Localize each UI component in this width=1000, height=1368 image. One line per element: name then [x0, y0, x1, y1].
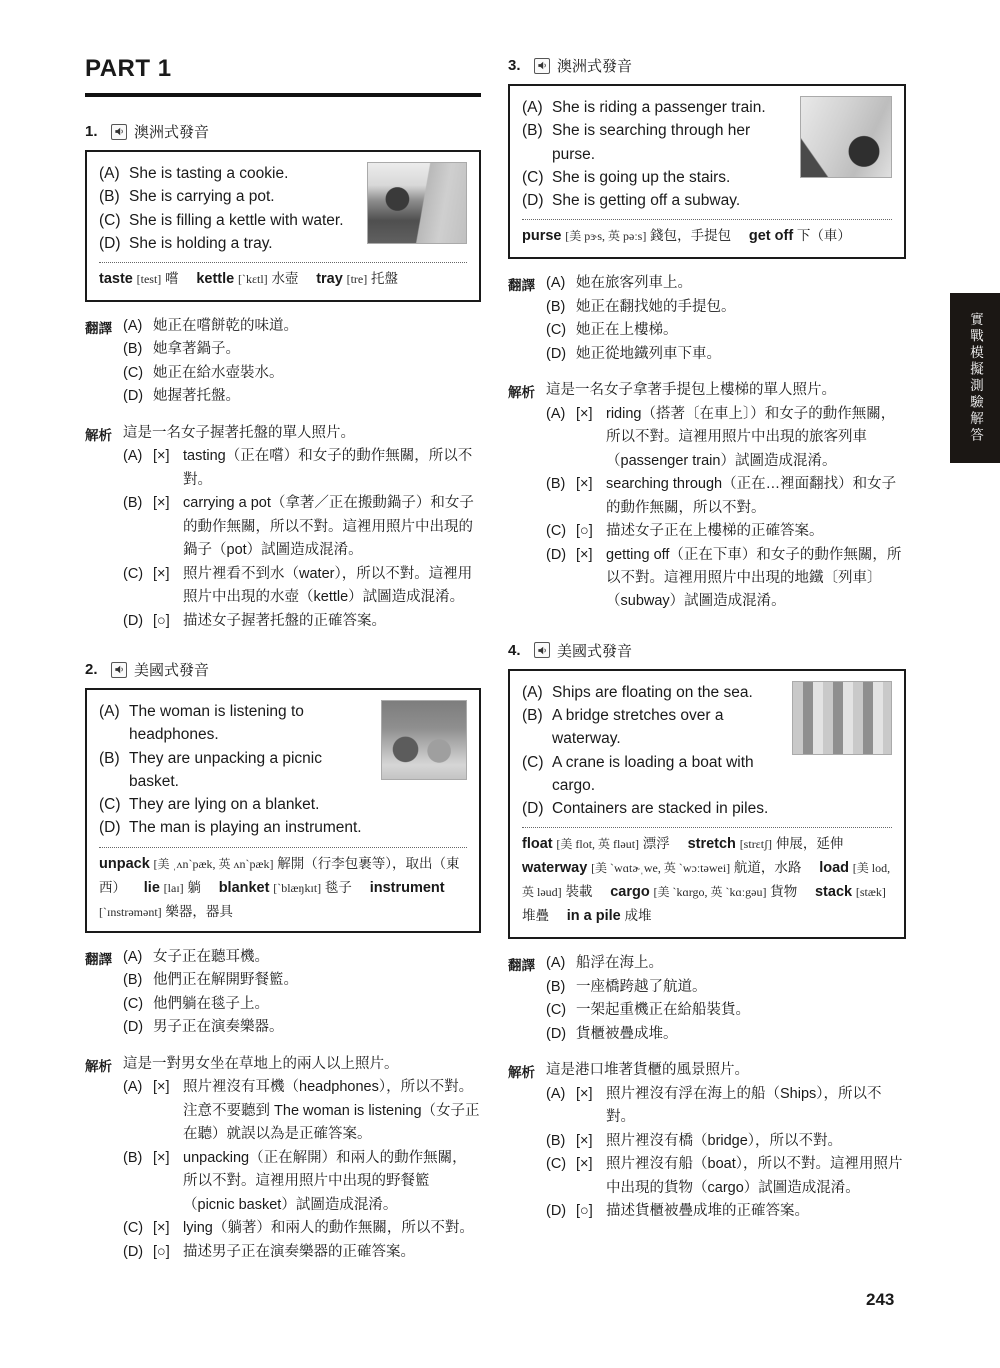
vocab-phonetic: [美 ˋwɑtɚˌwe, 英 ˋwɔːtəwei] — [591, 861, 730, 875]
analysis-text: unpacking（正在解開）和兩人的動作無關，所以不對。這裡用照片中出現的野餐… — [183, 1147, 481, 1217]
vocab-word: purse — [522, 228, 562, 244]
vocab-line: unpack [美 ˌʌnˋpæk, 英 ʌnˋpæk] 解開（行李包裹等），取… — [99, 853, 467, 923]
analysis-item: (B)[×]carrying a pot（拿著／正在搬動鍋子）和女子的動作無關，… — [123, 492, 481, 562]
line-letter: (C) — [546, 1153, 576, 1200]
vocab-def: 躺 — [187, 880, 201, 895]
option-c: (C)A crane is loading a boat with cargo. — [522, 751, 782, 798]
analysis-item: (A)[×]riding（搭著〔在車上〕）和女子的動作無關，所以不對。這裡用照片… — [546, 403, 906, 473]
option-letter: (C) — [99, 793, 129, 816]
analysis-text: 照片裡沒有浮在海上的船（Ships），所以不對。 — [606, 1083, 906, 1130]
vocab-entry: taste [test] 嚐 — [99, 271, 179, 286]
option-letter: (C) — [522, 751, 552, 798]
line-letter: (C) — [546, 999, 576, 1022]
answer-mark: [○] — [153, 610, 183, 633]
translation-line: (B)一座橋跨越了航道。 — [546, 976, 906, 999]
line-text: 她在旅客列車上。 — [576, 272, 692, 295]
question-1: 1. 澳洲式發音 (A)She is tasting a cookie. (B)… — [85, 121, 481, 633]
analysis-label: 解析 — [85, 1053, 123, 1264]
translation-line: (C)一架起重機正在給船裝貨。 — [546, 999, 906, 1022]
line-letter: (D) — [123, 1016, 153, 1039]
analysis-text: 描述男子正在演奏樂器的正確答案。 — [183, 1241, 481, 1264]
vocab-entry: waterway [美 ˋwɑtɚˌwe, 英 ˋwɔːtəwei] 航道，水路 — [522, 860, 801, 875]
vocab-phonetic: [美 ˋkɑrgo, 英 ˋkɑːgəu] — [653, 885, 766, 899]
sidebar-tab: 實戰模擬測驗解答 — [950, 293, 1000, 463]
analysis-block: 解析 這是港口堆著貨櫃的風景照片。 (A)[×]照片裡沒有浮在海上的船（Ship… — [508, 1059, 906, 1223]
vocab-word: in a pile — [567, 908, 621, 924]
vocab-word: unpack — [99, 856, 150, 872]
analysis-intro: 這是一名女子拿著手提包上樓梯的單人照片。 — [546, 379, 906, 402]
vocab-word: waterway — [522, 860, 587, 876]
accent-label: 美國式發音 — [134, 659, 209, 680]
line-letter: (A) — [546, 952, 576, 975]
answer-mark: [×] — [153, 445, 183, 492]
translation-block: 翻譯 (A)她正在嚐餅乾的味道。 (B)她拿著鍋子。 (C)她正在給水壺裝水。 … — [85, 315, 481, 409]
analysis-block: 解析 這是一名女子拿著手提包上樓梯的單人照片。 (A)[×]riding（搭著〔… — [508, 379, 906, 614]
options-list: (A)The woman is listening to headphones.… — [99, 700, 371, 840]
translation-label: 翻譯 — [85, 946, 123, 1040]
vocab-entry: tray [tre] 托盤 — [316, 271, 398, 286]
page-number: 243 — [866, 1290, 894, 1310]
line-letter: (B) — [546, 976, 576, 999]
vocab-def: 樂器，器具 — [165, 904, 233, 919]
analysis-item: (B)[×]照片裡沒有橋（bridge），所以不對。 — [546, 1130, 906, 1153]
vocab-def: 航道，水路 — [734, 860, 802, 875]
vocab-line: taste [test] 嚐 kettle [ˋkɛtl] 水壺 tray [t… — [99, 268, 467, 292]
analysis-text: 照片裡沒有耳機（headphones），所以不對。注意不要聽到 The woma… — [183, 1076, 481, 1146]
vocab-phonetic: [ˋɪnstrəmənt] — [99, 905, 162, 919]
analysis-block: 解析 這是一對男女坐在草地上的兩人以上照片。 (A)[×]照片裡沒有耳機（hea… — [85, 1053, 481, 1264]
option-letter: (A) — [522, 96, 552, 119]
option-text: A bridge stretches over a waterway. — [552, 704, 782, 751]
answer-mark: [×] — [576, 403, 606, 473]
options-list: (A)She is tasting a cookie. (B)She is ca… — [99, 162, 357, 255]
option-text: She is riding a passenger train. — [552, 96, 790, 119]
vocab-def: 成堆 — [625, 908, 652, 923]
divider — [99, 847, 467, 848]
line-letter: (A) — [546, 403, 576, 473]
vocab-word: stretch — [688, 836, 736, 852]
analysis-text: riding（搭著〔在車上〕）和女子的動作無關，所以不對。這裡用照片中出現的旅客… — [606, 403, 906, 473]
translation-label: 翻譯 — [85, 315, 123, 409]
line-text: 女子正在聽耳機。 — [153, 946, 269, 969]
line-text: 船浮在海上。 — [576, 952, 663, 975]
option-text: Ships are floating on the sea. — [552, 681, 782, 704]
translation-block: 翻譯 (A)船浮在海上。 (B)一座橋跨越了航道。 (C)一架起重機正在給船裝貨… — [508, 952, 906, 1046]
analysis-text: 照片裡沒有船（boat），所以不對。這裡用照片中出現的貨物（cargo）試圖造成… — [606, 1153, 906, 1200]
vocab-word: cargo — [610, 884, 650, 900]
analysis-label: 解析 — [508, 1059, 546, 1223]
translation-block: 翻譯 (A)她在旅客列車上。 (B)她正在翻找她的手提包。 (C)她正在上樓梯。… — [508, 272, 906, 366]
analysis-text: tasting（正在嚐）和女子的動作無關，所以不對。 — [183, 445, 481, 492]
analysis-item: (C)[×]lying（躺著）和兩人的動作無關，所以不對。 — [123, 1217, 481, 1240]
analysis-item: (D)[○]描述貨櫃被疊成堆的正確答案。 — [546, 1200, 906, 1223]
line-letter: (C) — [546, 319, 576, 342]
option-letter: (A) — [99, 162, 129, 185]
line-letter: (B) — [123, 1147, 153, 1217]
line-letter: (B) — [546, 296, 576, 319]
analysis-item: (C)[×]照片裡沒有船（boat），所以不對。這裡用照片中出現的貨物（carg… — [546, 1153, 906, 1200]
analysis-item: (D)[○]描述男子正在演奏樂器的正確答案。 — [123, 1241, 481, 1264]
vocab-word: get off — [749, 228, 793, 244]
vocab-line: float [美 flot, 英 fləut] 漂浮 stretch [strɛ… — [522, 833, 892, 929]
option-text: She is searching through her purse. — [552, 119, 790, 166]
line-text: 他們正在解開野餐籃。 — [153, 969, 298, 992]
option-a: (A)She is riding a passenger train. — [522, 96, 790, 119]
line-letter: (A) — [123, 946, 153, 969]
answer-mark: [×] — [576, 473, 606, 520]
question-number: 4. — [508, 642, 534, 659]
option-text: She is holding a tray. — [129, 232, 357, 255]
question-3: 3. 澳洲式發音 (A)She is riding a passenger tr… — [508, 55, 906, 614]
analysis-text: lying（躺著）和兩人的動作無關，所以不對。 — [183, 1217, 481, 1240]
translation-line: (D)她正從地鐵列車下車。 — [546, 343, 906, 366]
option-text: She is filling a kettle with water. — [129, 209, 357, 232]
answer-mark: [×] — [576, 1083, 606, 1130]
line-letter: (A) — [123, 445, 153, 492]
option-letter: (D) — [99, 816, 129, 839]
analysis-item: (A)[×]照片裡沒有浮在海上的船（Ships），所以不對。 — [546, 1083, 906, 1130]
divider — [522, 827, 892, 828]
translation-line: (B)他們正在解開野餐籃。 — [123, 969, 481, 992]
analysis-text: 描述女子正在上樓梯的正確答案。 — [606, 520, 906, 543]
speaker-icon — [111, 662, 127, 678]
analysis-label: 解析 — [508, 379, 546, 614]
vocab-phonetic: [美 pɝs, 英 pəːs] — [565, 229, 646, 243]
answer-mark: [×] — [153, 1217, 183, 1240]
translation-line: (C)他們躺在毯子上。 — [123, 993, 481, 1016]
line-letter: (B) — [546, 473, 576, 520]
question-header: 4. 美國式發音 — [508, 640, 906, 661]
vocab-def: 裝載 — [565, 884, 592, 899]
question-number: 2. — [85, 661, 111, 678]
question-number: 3. — [508, 57, 534, 74]
vocab-phonetic: [test] — [137, 272, 162, 286]
answer-mark: [×] — [576, 1153, 606, 1200]
option-letter: (B) — [99, 747, 129, 794]
line-letter: (C) — [546, 520, 576, 543]
line-letter: (D) — [546, 1200, 576, 1223]
answer-mark: [○] — [576, 1200, 606, 1223]
option-letter: (D) — [99, 232, 129, 255]
analysis-item: (D)[○]描述女子握著托盤的正確答案。 — [123, 610, 481, 633]
option-c: (C)They are lying on a blanket. — [99, 793, 371, 816]
option-b: (B)She is searching through her purse. — [522, 119, 790, 166]
analysis-item: (D)[×]getting off（正在下車）和女子的動作無關，所以不對。這裡用… — [546, 544, 906, 614]
answer-mark: [×] — [576, 1130, 606, 1153]
analysis-text: getting off（正在下車）和女子的動作無關，所以不對。這裡用照片中出現的… — [606, 544, 906, 614]
option-a: (A)She is tasting a cookie. — [99, 162, 357, 185]
vocab-phonetic: [strɛtʃ] — [740, 837, 772, 851]
option-text: She is carrying a pot. — [129, 185, 357, 208]
vocab-entry: float [美 flot, 英 fləut] 漂浮 — [522, 836, 670, 851]
line-text: 貨櫃被疊成堆。 — [576, 1023, 678, 1046]
analysis-intro: 這是一名女子握著托盤的單人照片。 — [123, 422, 481, 445]
vocab-entry: stretch [strɛtʃ] 伸展，延伸 — [688, 836, 844, 851]
vocab-def: 貨物 — [770, 884, 797, 899]
option-text: A crane is loading a boat with cargo. — [552, 751, 782, 798]
vocab-word: kettle — [196, 271, 234, 287]
translation-line: (A)女子正在聽耳機。 — [123, 946, 481, 969]
line-letter: (C) — [123, 362, 153, 385]
line-text: 她正在嚐餅乾的味道。 — [153, 315, 298, 338]
line-text: 她正在上樓梯。 — [576, 319, 678, 342]
translation-label: 翻譯 — [508, 952, 546, 1046]
translation-line: (B)她正在翻找她的手提包。 — [546, 296, 906, 319]
vocab-phonetic: [laɪ] — [164, 881, 184, 895]
line-letter: (B) — [123, 492, 153, 562]
analysis-item: (B)[×]searching through（正在…裡面翻找）和女子的動作無關… — [546, 473, 906, 520]
analysis-intro: 這是一對男女坐在草地上的兩人以上照片。 — [123, 1053, 481, 1076]
answer-mark: [×] — [153, 492, 183, 562]
line-text: 一座橋跨越了航道。 — [576, 976, 707, 999]
analysis-intro: 這是港口堆著貨櫃的風景照片。 — [546, 1059, 906, 1082]
line-letter: (C) — [123, 993, 153, 1016]
vocab-def: 毯子 — [325, 880, 352, 895]
vocab-word: taste — [99, 271, 133, 287]
vocab-phonetic: [tre] — [347, 272, 368, 286]
option-c: (C)She is filling a kettle with water. — [99, 209, 357, 232]
line-letter: (C) — [123, 1217, 153, 1240]
question-box: (A)Ships are floating on the sea. (B)A b… — [508, 669, 906, 939]
analysis-item: (A)[×]tasting（正在嚐）和女子的動作無關，所以不對。 — [123, 445, 481, 492]
line-letter: (D) — [546, 1023, 576, 1046]
vocab-entry: purse [美 pɝs, 英 pəːs] 錢包，手提包 — [522, 228, 731, 243]
option-b: (B)A bridge stretches over a waterway. — [522, 704, 782, 751]
vocab-line: purse [美 pɝs, 英 pəːs] 錢包，手提包 get off 下（車… — [522, 225, 892, 249]
option-letter: (B) — [522, 119, 552, 166]
option-letter: (D) — [522, 189, 552, 212]
option-b: (B)They are unpacking a picnic basket. — [99, 747, 371, 794]
speaker-icon — [534, 58, 550, 74]
line-letter: (D) — [546, 544, 576, 614]
line-letter: (D) — [123, 610, 153, 633]
option-d: (D)She is getting off a subway. — [522, 189, 790, 212]
option-text: The woman is listening to headphones. — [129, 700, 371, 747]
vocab-phonetic: [ˋkɛtl] — [238, 272, 268, 286]
line-text: 她正在給水壺裝水。 — [153, 362, 284, 385]
analysis-block: 解析 這是一名女子握著托盤的單人照片。 (A)[×]tasting（正在嚐）和女… — [85, 422, 481, 633]
options-list: (A)She is riding a passenger train. (B)S… — [522, 96, 790, 212]
option-b: (B)She is carrying a pot. — [99, 185, 357, 208]
answer-mark: [×] — [576, 544, 606, 614]
page-title: PART 1 — [85, 55, 481, 83]
question-photo — [792, 681, 892, 755]
analysis-item: (C)[×]照片裡看不到水（water），所以不對。這裡用照片中出現的水壺（ke… — [123, 563, 481, 610]
line-letter: (B) — [123, 338, 153, 361]
vocab-entry: get off 下（車） — [749, 228, 851, 243]
translation-line: (C)她正在給水壺裝水。 — [123, 362, 481, 385]
question-box: (A)She is riding a passenger train. (B)S… — [508, 84, 906, 259]
option-d: (D)The man is playing an instrument. — [99, 816, 371, 839]
analysis-label: 解析 — [85, 422, 123, 633]
option-a: (A)The woman is listening to headphones. — [99, 700, 371, 747]
left-column: PART 1 1. 澳洲式發音 (A)She is tasting a cook… — [85, 55, 481, 1290]
vocab-entry: kettle [ˋkɛtl] 水壺 — [196, 271, 298, 286]
question-2: 2. 美國式發音 (A)The woman is listening to he… — [85, 659, 481, 1264]
question-photo — [367, 162, 467, 244]
vocab-word: load — [819, 860, 849, 876]
line-text: 她正在翻找她的手提包。 — [576, 296, 736, 319]
option-c: (C)She is going up the stairs. — [522, 166, 790, 189]
option-text: They are unpacking a picnic basket. — [129, 747, 371, 794]
vocab-def: 漂浮 — [643, 836, 670, 851]
line-letter: (B) — [123, 969, 153, 992]
line-text: 她拿著鍋子。 — [153, 338, 240, 361]
vocab-word: float — [522, 836, 553, 852]
option-letter: (B) — [522, 704, 552, 751]
option-text: They are lying on a blanket. — [129, 793, 371, 816]
vocab-word: lie — [144, 880, 160, 896]
translation-line: (D)她握著托盤。 — [123, 385, 481, 408]
line-letter: (A) — [123, 1076, 153, 1146]
option-text: She is tasting a cookie. — [129, 162, 357, 185]
analysis-item: (A)[×]照片裡沒有耳機（headphones），所以不對。注意不要聽到 Th… — [123, 1076, 481, 1146]
answer-mark: [○] — [576, 520, 606, 543]
answer-mark: [○] — [153, 1241, 183, 1264]
translation-line: (D)男子正在演奏樂器。 — [123, 1016, 481, 1039]
option-text: Containers are stacked in piles. — [552, 797, 782, 820]
question-header: 1. 澳洲式發音 — [85, 121, 481, 142]
option-d: (D)She is holding a tray. — [99, 232, 357, 255]
line-letter: (A) — [546, 272, 576, 295]
line-letter: (A) — [546, 1083, 576, 1130]
option-text: She is going up the stairs. — [552, 166, 790, 189]
analysis-text: searching through（正在…裡面翻找）和女子的動作無關，所以不對。 — [606, 473, 906, 520]
option-letter: (A) — [522, 681, 552, 704]
line-letter: (B) — [546, 1130, 576, 1153]
question-number: 1. — [85, 123, 111, 140]
analysis-text: 描述貨櫃被疊成堆的正確答案。 — [606, 1200, 906, 1223]
question-photo — [381, 700, 467, 780]
line-letter: (D) — [123, 385, 153, 408]
line-letter: (A) — [123, 315, 153, 338]
line-letter: (D) — [123, 1241, 153, 1264]
question-header: 2. 美國式發音 — [85, 659, 481, 680]
line-letter: (C) — [123, 563, 153, 610]
line-text: 她握著托盤。 — [153, 385, 240, 408]
title-rule — [85, 93, 481, 97]
question-box: (A)The woman is listening to headphones.… — [85, 688, 481, 933]
analysis-item: (B)[×]unpacking（正在解開）和兩人的動作無關，所以不對。這裡用照片… — [123, 1147, 481, 1217]
option-a: (A)Ships are floating on the sea. — [522, 681, 782, 704]
analysis-text: carrying a pot（拿著／正在搬動鍋子）和女子的動作無關，所以不對。這… — [183, 492, 481, 562]
line-text: 一架起重機正在給船裝貨。 — [576, 999, 750, 1022]
option-text: She is getting off a subway. — [552, 189, 790, 212]
translation-line: (A)她正在嚐餅乾的味道。 — [123, 315, 481, 338]
speaker-icon — [534, 642, 550, 658]
divider — [99, 262, 467, 263]
translation-label: 翻譯 — [508, 272, 546, 366]
vocab-entry: cargo [美 ˋkɑrgo, 英 ˋkɑːgəu] 貨物 — [610, 884, 797, 899]
analysis-text: 照片裡看不到水（water），所以不對。這裡用照片中出現的水壺（kettle）試… — [183, 563, 481, 610]
question-4: 4. 美國式發音 (A)Ships are floating on the se… — [508, 640, 906, 1224]
option-letter: (B) — [99, 185, 129, 208]
vocab-word: stack — [815, 884, 852, 900]
translation-line: (D)貨櫃被疊成堆。 — [546, 1023, 906, 1046]
vocab-def: 錢包，手提包 — [650, 228, 731, 243]
vocab-phonetic: [美 flot, 英 fləut] — [556, 837, 639, 851]
option-letter: (C) — [522, 166, 552, 189]
analysis-item: (C)[○]描述女子正在上樓梯的正確答案。 — [546, 520, 906, 543]
vocab-word: tray — [316, 271, 343, 287]
vocab-def: 伸展，延伸 — [776, 836, 844, 851]
option-d: (D)Containers are stacked in piles. — [522, 797, 782, 820]
vocab-def: 堆疊 — [522, 908, 549, 923]
line-text: 他們躺在毯子上。 — [153, 993, 269, 1016]
vocab-entry: lie [laɪ] 躺 — [144, 880, 201, 895]
question-box: (A)She is tasting a cookie. (B)She is ca… — [85, 150, 481, 302]
translation-line: (C)她正在上樓梯。 — [546, 319, 906, 342]
answer-mark: [×] — [153, 1076, 183, 1146]
question-photo — [800, 96, 892, 178]
accent-label: 澳洲式發音 — [557, 55, 632, 76]
vocab-phonetic: [美 ˌʌnˋpæk, 英 ʌnˋpæk] — [154, 857, 274, 871]
speaker-icon — [111, 124, 127, 140]
option-letter: (A) — [99, 700, 129, 747]
translation-line: (A)她在旅客列車上。 — [546, 272, 906, 295]
question-header: 3. 澳洲式發音 — [508, 55, 906, 76]
line-text: 男子正在演奏樂器。 — [153, 1016, 284, 1039]
line-letter: (D) — [546, 343, 576, 366]
vocab-def: 托盤 — [371, 271, 398, 286]
analysis-text: 描述女子握著托盤的正確答案。 — [183, 610, 481, 633]
divider — [522, 219, 892, 220]
vocab-def: 水壺 — [271, 271, 298, 286]
accent-label: 美國式發音 — [557, 640, 632, 661]
translation-line: (A)船浮在海上。 — [546, 952, 906, 975]
accent-label: 澳洲式發音 — [134, 121, 209, 142]
vocab-word: blanket — [219, 880, 270, 896]
option-letter: (D) — [522, 797, 552, 820]
vocab-phonetic: [ˋblæŋkɪt] — [273, 881, 321, 895]
vocab-def: 嚐 — [165, 271, 179, 286]
answer-mark: [×] — [153, 563, 183, 610]
translation-line: (B)她拿著鍋子。 — [123, 338, 481, 361]
vocab-phonetic: [stæk] — [856, 885, 886, 899]
line-text: 她正從地鐵列車下車。 — [576, 343, 721, 366]
analysis-text: 照片裡沒有橋（bridge），所以不對。 — [606, 1130, 906, 1153]
vocab-entry: blanket [ˋblæŋkɪt] 毯子 — [219, 880, 352, 895]
option-text: The man is playing an instrument. — [129, 816, 371, 839]
answer-mark: [×] — [153, 1147, 183, 1217]
vocab-word: instrument — [370, 880, 445, 896]
vocab-entry: in a pile 成堆 — [567, 908, 652, 923]
right-column: 3. 澳洲式發音 (A)She is riding a passenger tr… — [508, 55, 906, 1249]
vocab-def: 下（車） — [797, 228, 851, 243]
translation-block: 翻譯 (A)女子正在聽耳機。 (B)他們正在解開野餐籃。 (C)他們躺在毯子上。… — [85, 946, 481, 1040]
option-letter: (C) — [99, 209, 129, 232]
options-list: (A)Ships are floating on the sea. (B)A b… — [522, 681, 782, 821]
